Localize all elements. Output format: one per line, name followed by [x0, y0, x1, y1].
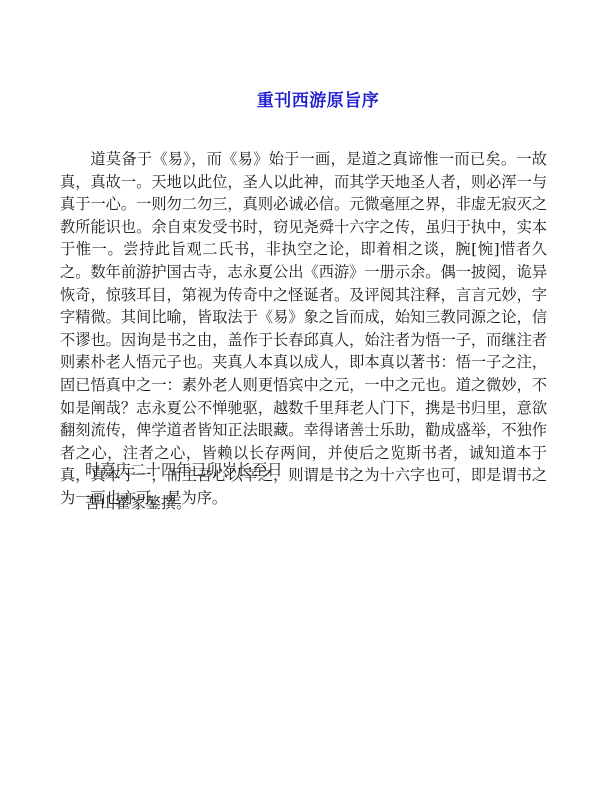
document-page: 重刊西游原旨序 道莫备于《易》，而《易》始于一画，是道之真谛惟一而已矣。一故真，… [0, 0, 600, 800]
date-line: 时嘉庆二十四年已卯岁长至日 [85, 459, 282, 481]
document-title: 重刊西游原旨序 [0, 86, 600, 111]
preface-paragraph: 道莫备于《易》，而《易》始于一画，是道之真谛惟一而已矣。一故真，真故一。天地以此… [60, 148, 547, 510]
author-signature: 吾山瞿家鏊撰。 [85, 492, 191, 514]
